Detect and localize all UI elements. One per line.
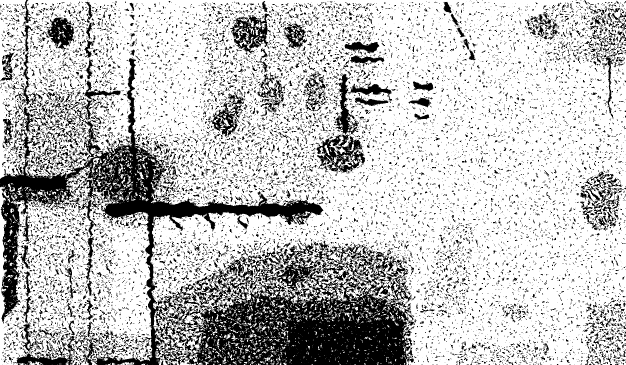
patch-top-left-blob xyxy=(44,15,70,45)
stroke-dash-stack-6 xyxy=(412,100,426,101)
patch-right-bottom-speckle xyxy=(584,300,626,365)
stroke-dash-stack-1 xyxy=(345,45,373,46)
patch-bottom-center-light xyxy=(455,342,545,365)
stroke-dash-stack-5 xyxy=(414,84,427,85)
patch-small-dark-dash xyxy=(280,263,310,281)
patch-left-edge-mark-2 xyxy=(0,115,8,140)
texture-svg xyxy=(0,0,626,365)
patch-bottom-blob-halo xyxy=(150,240,410,365)
stroke-dash-stack-4 xyxy=(356,100,383,101)
stroke-dash-stack-3 xyxy=(352,88,385,89)
stroke-left-smear-arrow xyxy=(2,179,58,182)
patch-top-blob-b xyxy=(283,20,303,44)
stroke-horizontal-band-thick-left xyxy=(112,205,185,208)
patch-left-edge-mark-1 xyxy=(0,52,10,80)
patch-mid-blob-b xyxy=(258,74,282,110)
stroke-bottom-edge-mark-2 xyxy=(96,360,150,361)
stroke-right-vertical-scratch xyxy=(606,57,607,113)
stroke-dash-stack-2 xyxy=(350,57,380,58)
patch-top-right-blob xyxy=(525,12,555,36)
patch-top-blob-a xyxy=(228,14,262,48)
patch-mid-blob-d xyxy=(222,92,242,120)
stroke-bottom-edge-mark-1 xyxy=(18,358,62,359)
grunge-texture-image xyxy=(0,0,626,365)
patch-right-mid-cluster xyxy=(580,168,620,228)
stroke-dash-stack-7 xyxy=(413,115,425,116)
patch-right-top-denser xyxy=(588,8,626,63)
patch-mid-blob-c xyxy=(302,68,322,108)
stroke-hook-off-line xyxy=(88,90,118,92)
ink-patches xyxy=(0,0,626,365)
patch-center-cluster xyxy=(315,135,361,169)
patch-lower-right-cluster xyxy=(501,299,529,317)
